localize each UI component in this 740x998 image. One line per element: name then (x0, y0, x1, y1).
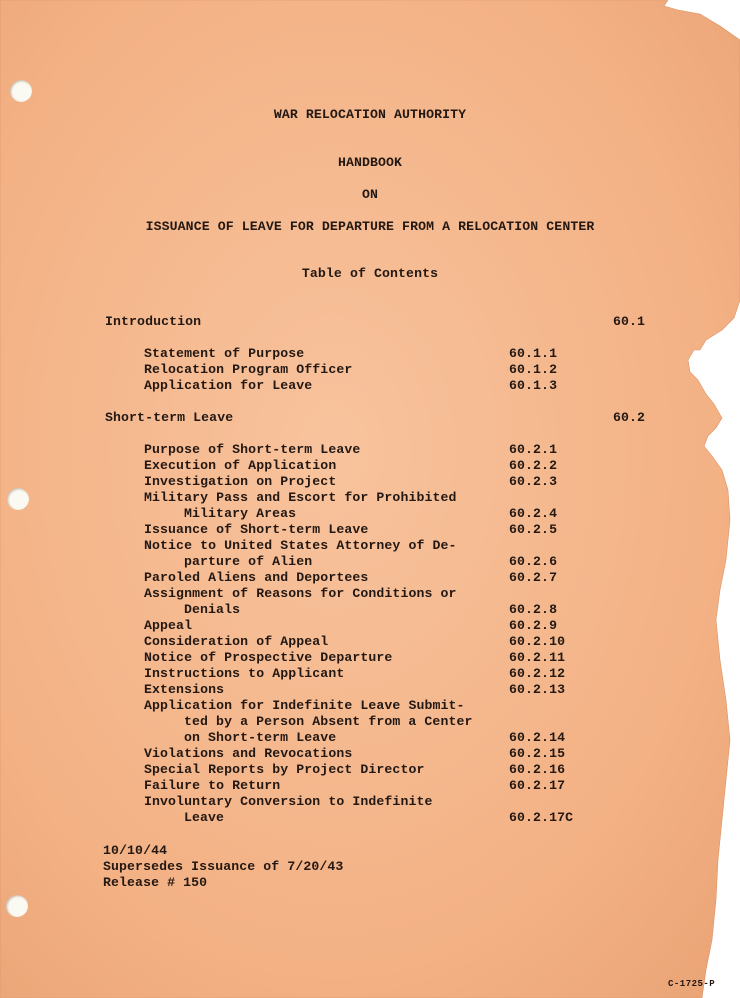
toc-entry-number: 60.2.17 (509, 778, 565, 794)
toc-entry-title: Paroled Aliens and Deportees (144, 570, 368, 586)
toc-entry-title: Purpose of Short-term Leave (144, 442, 360, 458)
toc-entry-number: 60.2.2 (509, 458, 557, 474)
toc-entry-number: 60.2.6 (509, 554, 557, 570)
toc-section-number: 60.1 (613, 314, 645, 330)
toc-entry-title: Issuance of Short-term Leave (144, 522, 368, 538)
toc-entry-number: 60.2.12 (509, 666, 565, 682)
toc-entry-number: 60.2.8 (509, 602, 557, 618)
toc-entry-number: 60.2.15 (509, 746, 565, 762)
toc-entry-title: Relocation Program Officer (144, 362, 352, 378)
punch-hole-bottom (6, 895, 28, 917)
toc-entry-number: 60.2.13 (509, 682, 565, 698)
handbook-heading: HANDBOOK (0, 155, 740, 171)
toc-entry-title: Military Pass and Escort for Prohibited (144, 490, 457, 506)
toc-entry-title: Instructions to Applicant (144, 666, 344, 682)
toc-entry-number: 60.2.7 (509, 570, 557, 586)
toc-entry-title: Leave (184, 810, 224, 826)
toc-entry-title: Denials (184, 602, 240, 618)
issue-date: 10/10/44 (103, 843, 167, 859)
punch-hole-top (10, 80, 32, 102)
on-heading: ON (0, 187, 740, 203)
toc-entry-number: 60.2.1 (509, 442, 557, 458)
toc-title: Table of Contents (0, 266, 740, 282)
toc-entry-title: Violations and Revocations (144, 746, 352, 762)
release-number: Release # 150 (103, 875, 207, 891)
toc-entry-title: Special Reports by Project Director (144, 762, 424, 778)
toc-entry-title: on Short-term Leave (184, 730, 336, 746)
toc-entry-title: Investigation on Project (144, 474, 336, 490)
toc-section-title: Introduction (105, 314, 201, 330)
subject-heading: ISSUANCE OF LEAVE FOR DEPARTURE FROM A R… (0, 219, 740, 235)
toc-entry-title: Notice to United States Attorney of De- (144, 538, 457, 554)
toc-entry-title: Involuntary Conversion to Indefinite (144, 794, 433, 810)
punch-hole-middle (7, 488, 29, 510)
toc-entry-title: Assignment of Reasons for Conditions or (144, 586, 457, 602)
toc-entry-title: Notice of Prospective Departure (144, 650, 392, 666)
toc-entry-number: 60.1.2 (509, 362, 557, 378)
form-number: C-1725-P (668, 976, 715, 992)
toc-entry-title: ted by a Person Absent from a Center (184, 714, 473, 730)
toc-entry-title: parture of Alien (184, 554, 312, 570)
toc-entry-title: Application for Indefinite Leave Submit- (144, 698, 465, 714)
agency-heading: WAR RELOCATION AUTHORITY (0, 107, 740, 123)
toc-entry-number: 60.2.4 (509, 506, 557, 522)
toc-entry-number: 60.2.9 (509, 618, 557, 634)
toc-entry-title: Execution of Application (144, 458, 336, 474)
toc-entry-title: Consideration of Appeal (144, 634, 328, 650)
toc-entry-number: 60.1.3 (509, 378, 557, 394)
toc-entry-number: 60.2.14 (509, 730, 565, 746)
toc-entry-number: 60.2.5 (509, 522, 557, 538)
toc-section-number: 60.2 (613, 410, 645, 426)
toc-entry-number: 60.2.17C (509, 810, 573, 826)
toc-entry-number: 60.1.1 (509, 346, 557, 362)
toc-entry-title: Military Areas (184, 506, 296, 522)
document-page: WAR RELOCATION AUTHORITY HANDBOOK ON ISS… (0, 0, 740, 998)
toc-entry-number: 60.2.10 (509, 634, 565, 650)
toc-entry-number: 60.2.11 (509, 650, 565, 666)
toc-entry-title: Appeal (144, 618, 192, 634)
toc-entry-title: Statement of Purpose (144, 346, 304, 362)
toc-entry-title: Application for Leave (144, 378, 312, 394)
supersedes-note: Supersedes Issuance of 7/20/43 (103, 859, 343, 875)
toc-entry-number: 60.2.3 (509, 474, 557, 490)
toc-entry-title: Extensions (144, 682, 224, 698)
toc-entry-title: Failure to Return (144, 778, 280, 794)
toc-section-title: Short-term Leave (105, 410, 233, 426)
toc-entry-number: 60.2.16 (509, 762, 565, 778)
